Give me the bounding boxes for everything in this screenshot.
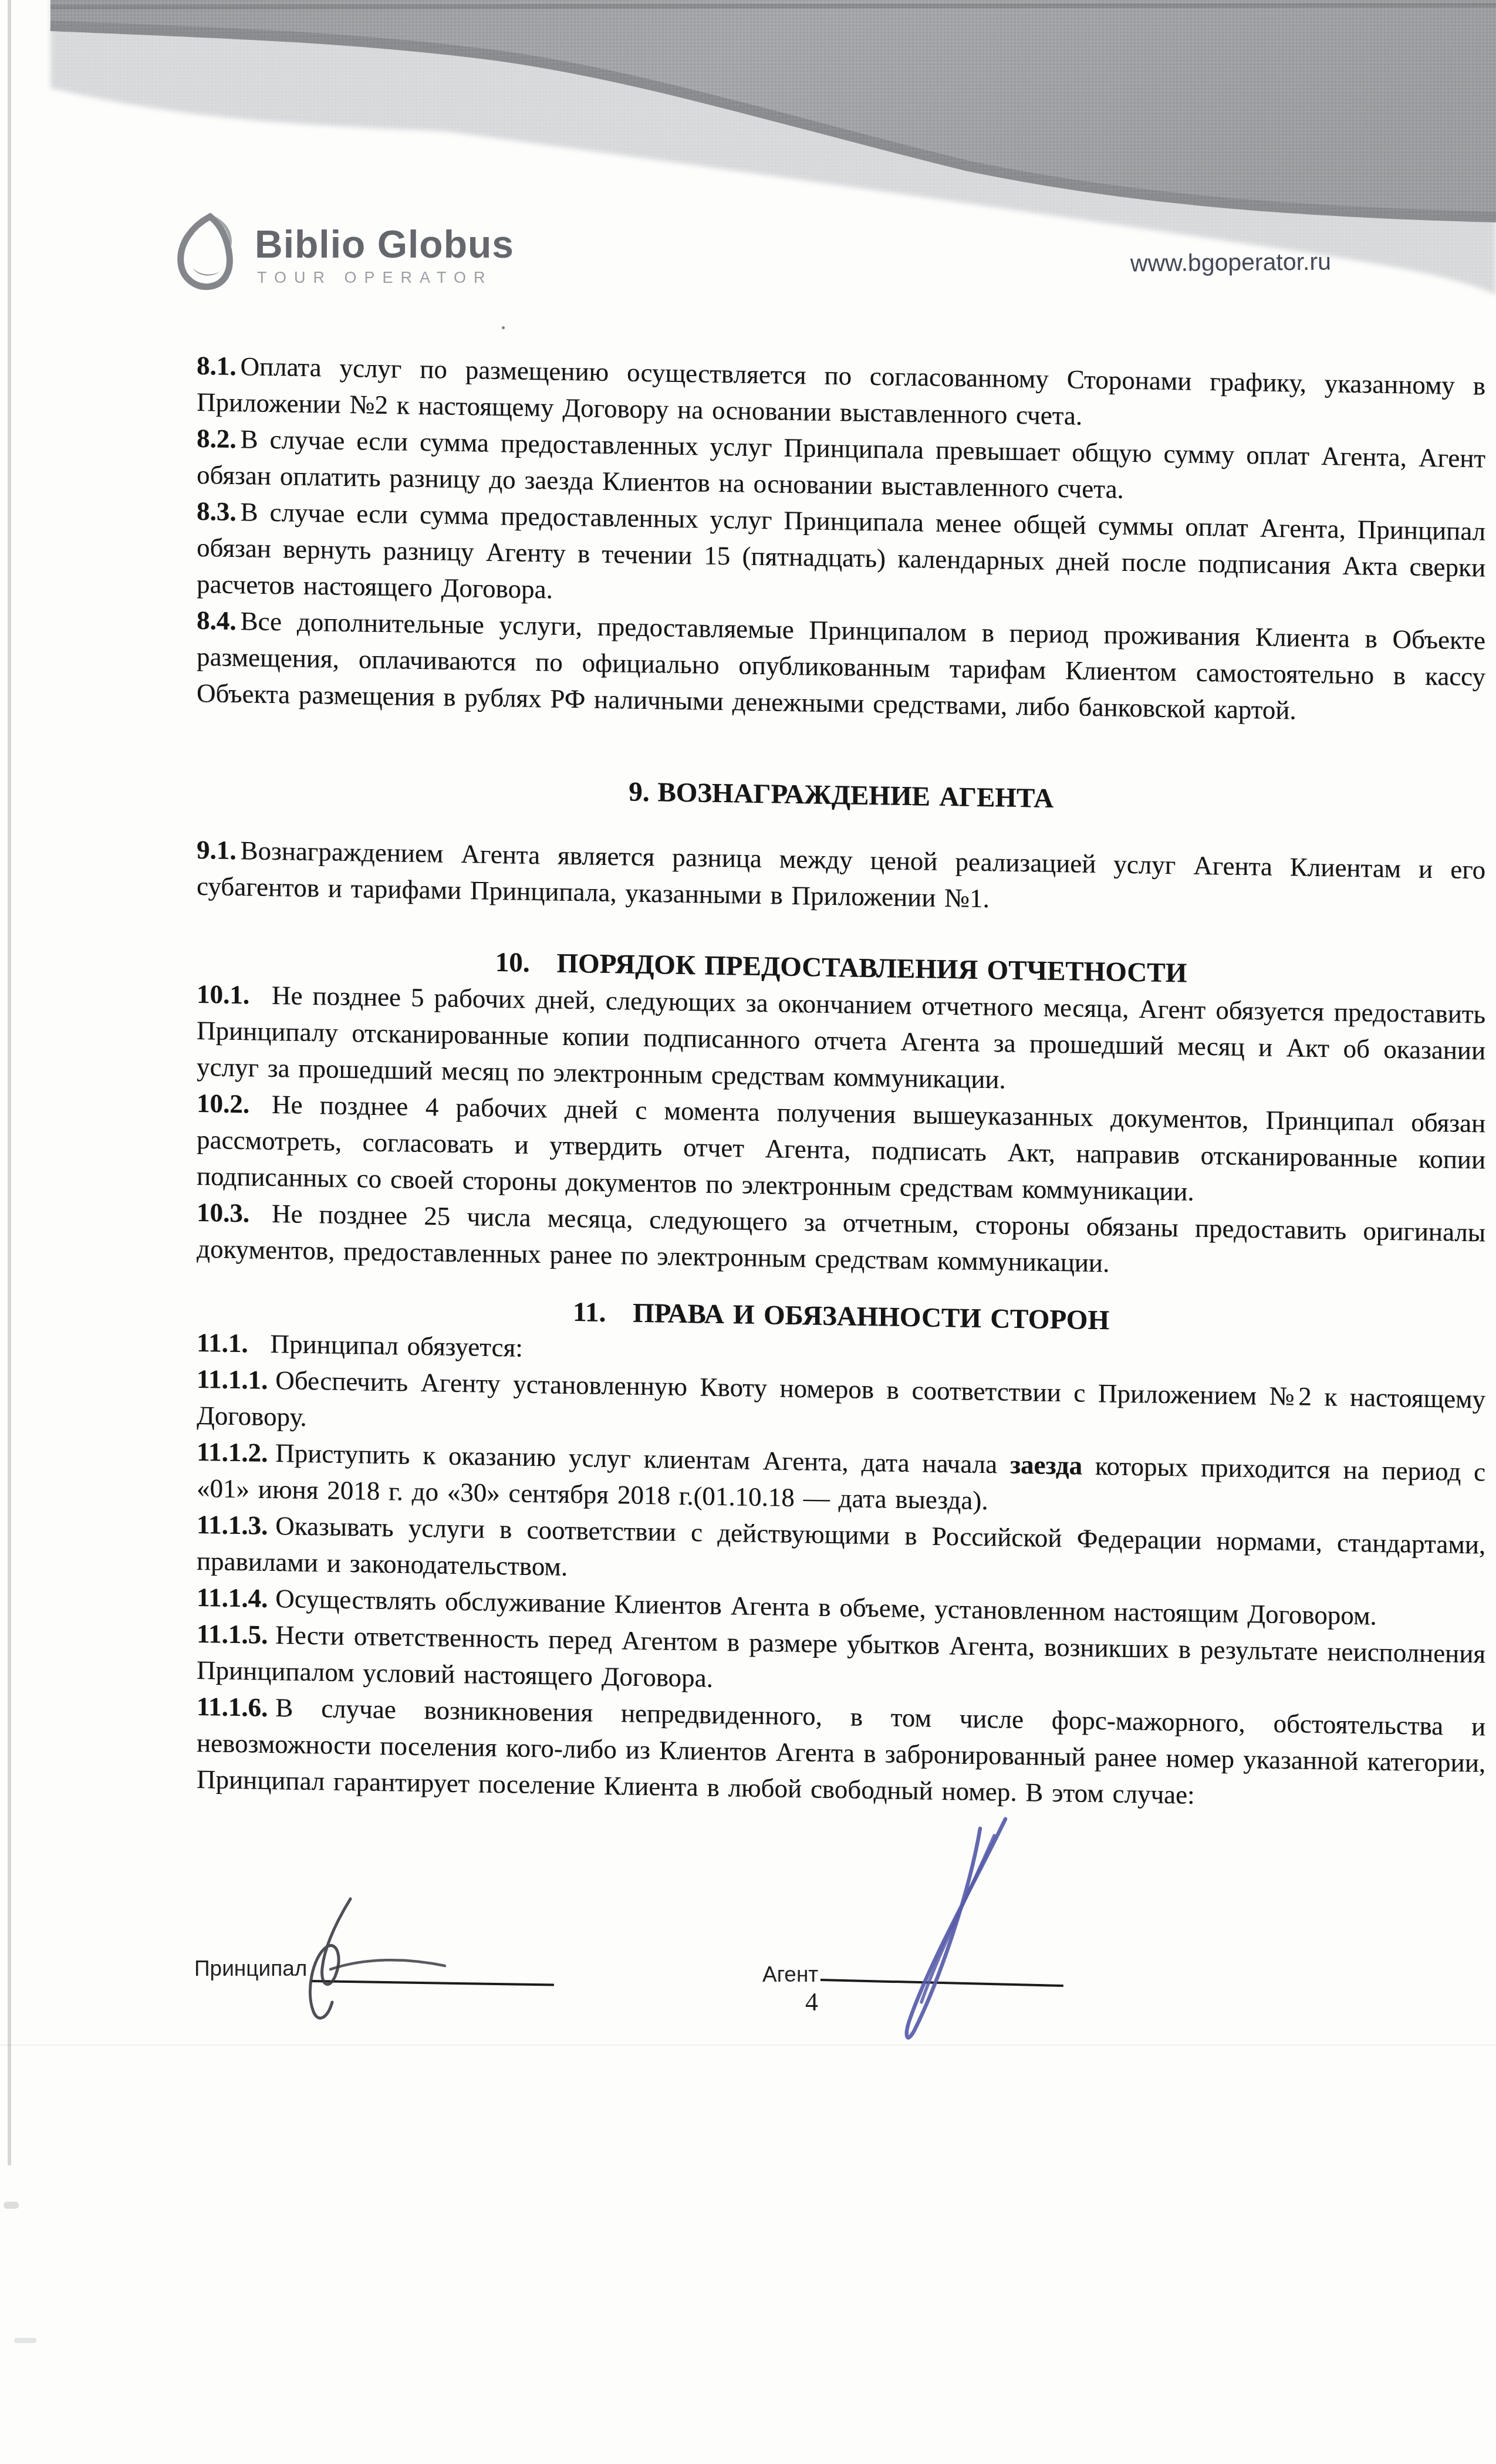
clause-text: Принципал обязуется: (271, 1329, 523, 1363)
clause-number: 8.4. (197, 606, 237, 636)
clause-8-3: 8.3.В случае если сумма предоставленных … (197, 493, 1485, 622)
section-9-heading: 9.ВОЗНАГРАЖДЕНИЕ АГЕНТА (197, 767, 1485, 823)
clause-number: 10.2. (197, 1089, 249, 1118)
scan-smudge (4, 2202, 19, 2209)
clause-number: 10.1. (197, 979, 249, 1009)
biblio-globus-logo-icon (174, 212, 243, 292)
scanned-contract-page: Biblio Globus TOUR OPERATOR www.bgoperat… (0, 0, 1496, 2464)
heading-number: 9. (629, 777, 649, 808)
clause-text: Не позднее 4 рабочих дней с момента полу… (197, 1090, 1485, 1206)
clause-number: 11.1.1. (197, 1364, 268, 1395)
clause-number: 11.1.4. (197, 1583, 268, 1613)
clause-8-4: 8.4.Все дополнительные услуги, предостав… (197, 602, 1485, 731)
clause-11-1-6: 11.1.6.В случае возникновения непредвиде… (197, 1688, 1485, 1817)
clause-text: Не позднее 5 рабочих дней, следующих за … (197, 981, 1485, 1094)
heading-number: 10. (495, 947, 530, 978)
clause-text-bold: заезда (1010, 1450, 1082, 1481)
heading-number: 11. (573, 1297, 606, 1328)
scan-page-bottom-edge (0, 2044, 1496, 2046)
scan-smudge (14, 2338, 36, 2343)
clause-number: 11.1. (197, 1328, 248, 1358)
clause-9-1: 9.1.Вознаграждением Агента является разн… (197, 832, 1485, 924)
header-wave-graphic (0, 0, 1496, 364)
agent-signature (880, 1807, 1033, 2054)
heading-title: ВОЗНАГРАЖДЕНИЕ АГЕНТА (657, 777, 1053, 814)
clause-number: 8.1. (197, 351, 237, 381)
clause-text: Все дополнительные услуги, предоставляем… (197, 606, 1485, 725)
agent-label: Агент (762, 1962, 818, 1987)
clause-text: Приступить к оказанию услуг клиентам Аге… (275, 1438, 1010, 1479)
brand-name: Biblio Globus (255, 222, 514, 266)
contract-body: 8.1.Оплата услуг по размещению осуществл… (197, 347, 1485, 1817)
clause-number: 8.3. (197, 496, 237, 526)
clause-number: 11.1.5. (197, 1619, 268, 1650)
clause-10-1: 10.1.Не позднее 5 рабочих дней, следующи… (197, 976, 1485, 1105)
biblio-globus-logo: Biblio Globus TOUR OPERATOR (174, 212, 549, 300)
clause-number: 11.1.2. (197, 1437, 268, 1468)
brand-tagline: TOUR OPERATOR (257, 269, 493, 287)
website-url: www.bgoperator.ru (1130, 248, 1331, 278)
heading-title: ПРАВА И ОБЯЗАННОСТИ СТОРОН (633, 1298, 1109, 1336)
clause-number: 10.3. (197, 1198, 249, 1228)
principal-signature (258, 1872, 481, 2042)
clause-number: 9.1. (197, 835, 237, 865)
page-number: 4 (805, 1987, 818, 2017)
clause-text: В случае если сумма предоставленных услу… (197, 497, 1485, 604)
clause-number: 8.2. (197, 424, 237, 454)
clause-text: В случае возникновения непредвиденного, … (197, 1693, 1485, 1810)
clause-10-2: 10.2.Не позднее 4 рабочих дней с момента… (197, 1085, 1485, 1214)
clause-number: 11.1.3. (197, 1510, 268, 1540)
clause-number: 11.1.6. (197, 1692, 268, 1722)
clause-text: Вознаграждением Агента является разница … (197, 836, 1485, 913)
